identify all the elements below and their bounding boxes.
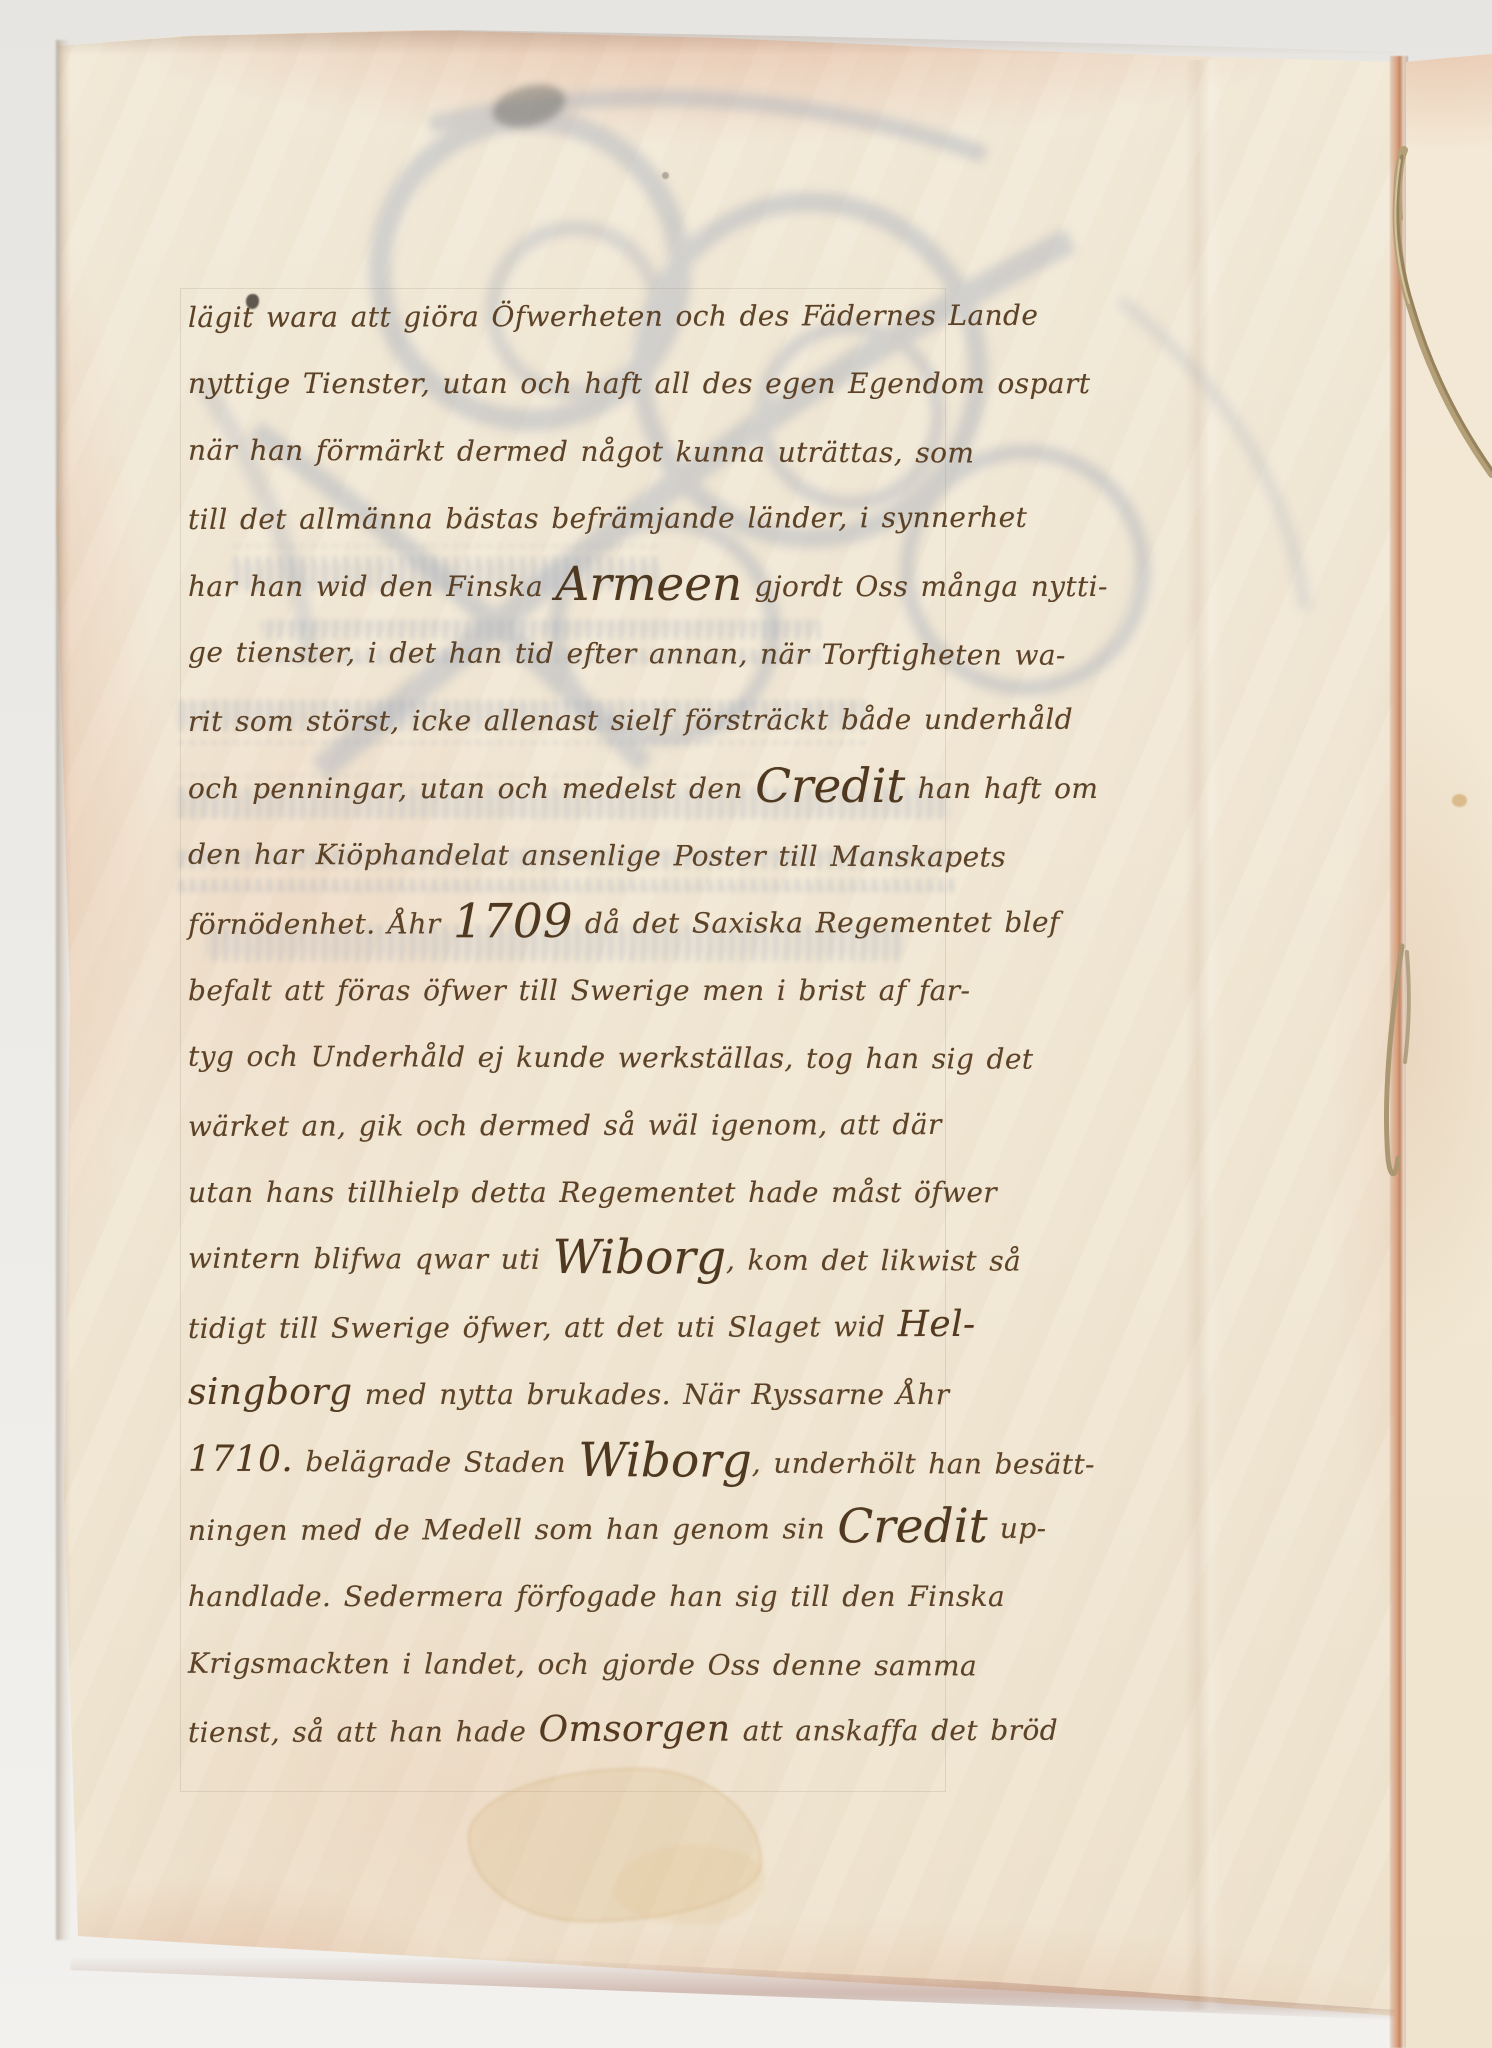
scanned-document: lägit wara att giöra Öfwerheten och des …	[0, 0, 1492, 2048]
binding-twine	[0, 0, 1492, 2048]
